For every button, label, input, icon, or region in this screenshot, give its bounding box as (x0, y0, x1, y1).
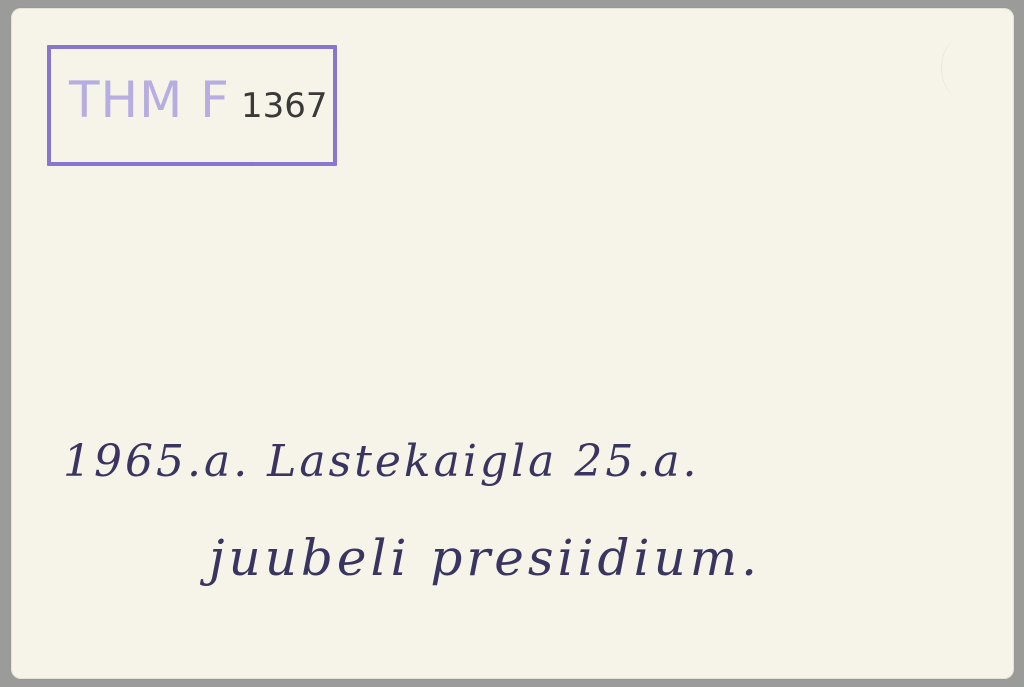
faint-pencil-mark (941, 38, 982, 98)
stamp-prefix: THM F (69, 75, 230, 125)
handwritten-caption-line-2: juubeli presiidium. (209, 533, 761, 583)
handwritten-caption-line-1: 1965.a. Lastekaigla 25.a. (63, 440, 700, 484)
photo-card-back: THM F 1367 1965.a. Lastekaigla 25.a. juu… (11, 8, 1014, 679)
archive-stamp: THM F 1367 (47, 45, 337, 166)
stamp-number: 1367 (241, 89, 328, 123)
